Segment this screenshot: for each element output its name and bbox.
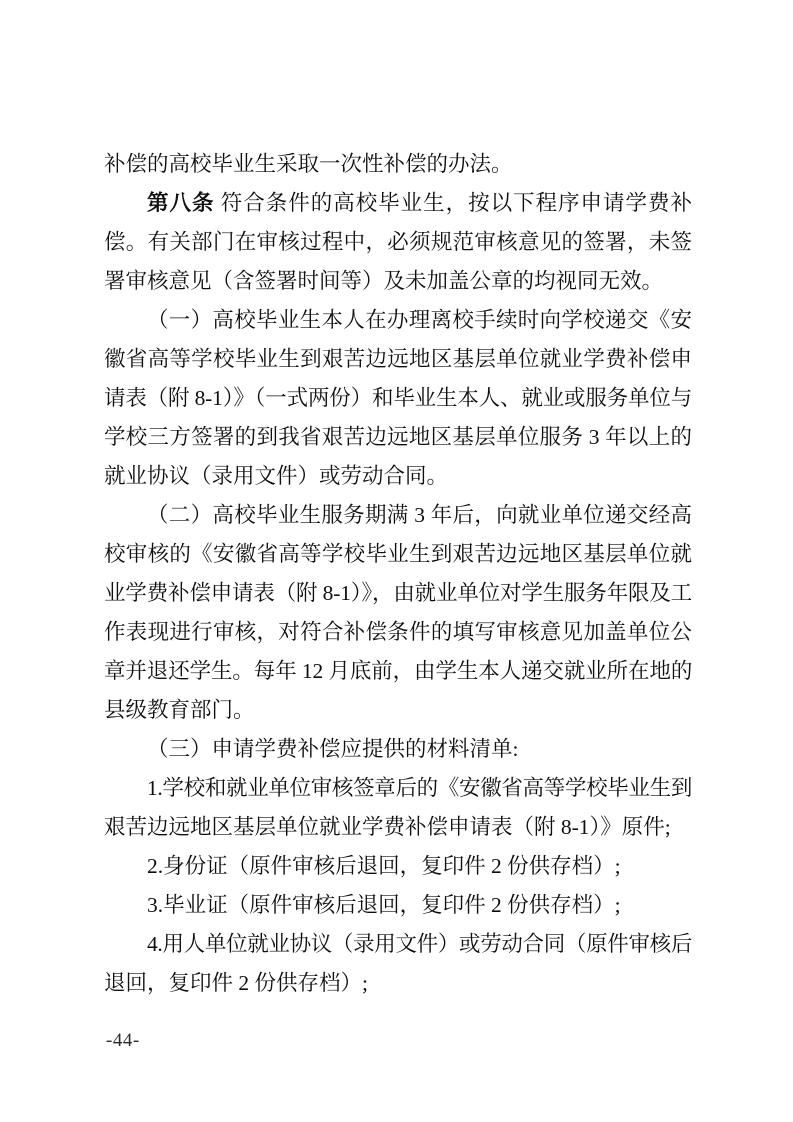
text-line: 偿。有关部门在审核过程中，必须规范审核意见的签署，未签 (104, 223, 692, 262)
text-line: 学校三方签署的到我省艰苦边远地区基层单位服务 3 年以上的 (104, 418, 692, 457)
text-line: 署审核意见（含签署时间等）及未加盖公章的均视同无效。 (104, 262, 692, 301)
text-line: （三）申请学费补偿应提供的材料清单: (104, 730, 692, 769)
document-page: { "page": { "background": "#ffffff", "te… (0, 0, 793, 1122)
text-line: 艰苦边远地区基层单位就业学费补偿申请表（附 8-1）》原件; (104, 808, 692, 847)
text-line: 业学费补偿申请表（附 8-1）》，由就业单位对学生服务年限及工 (104, 574, 692, 613)
page-canvas: 补偿的高校毕业生采取一次性补偿的办法。第八条 符合条件的高校毕业生，按以下程序申… (0, 0, 793, 1122)
text-line: 校审核的《安徽省高等学校毕业生到艰苦边远地区基层单位就 (104, 535, 692, 574)
text-line: 第八条 符合条件的高校毕业生，按以下程序申请学费补 (104, 184, 692, 223)
text-line: 章并退还学生。每年 12 月底前，由学生本人递交就业所在地的 (104, 652, 692, 691)
text-line: 请表（附 8-1）》（一式两份）和毕业生本人、就业或服务单位与 (104, 379, 692, 418)
article-number-bold: 第八条 (147, 191, 214, 215)
text-line: （二）高校毕业生服务期满 3 年后，向就业单位递交经高 (104, 496, 692, 535)
text-line: 4.用人单位就业协议（录用文件）或劳动合同（原件审核后 (104, 925, 692, 964)
text-line: 县级教育部门。 (104, 691, 692, 730)
text-line: 1.学校和就业单位审核签章后的《安徽省高等学校毕业生到 (104, 769, 692, 808)
text-line: 补偿的高校毕业生采取一次性补偿的办法。 (104, 145, 692, 184)
text-line: （一）高校毕业生本人在办理离校手续时向学校递交《安 (104, 301, 692, 340)
text-line: 3.毕业证（原件审核后退回，复印件 2 份供存档）; (104, 886, 692, 925)
text-line: 作表现进行审核，对符合补偿条件的填写审核意见加盖单位公 (104, 613, 692, 652)
text-line: 退回，复印件 2 份供存档）; (104, 964, 692, 1003)
document-text: 补偿的高校毕业生采取一次性补偿的办法。第八条 符合条件的高校毕业生，按以下程序申… (104, 145, 692, 1003)
text-line: 徽省高等学校毕业生到艰苦边远地区基层单位就业学费补偿申 (104, 340, 692, 379)
text-line: 2.身份证（原件审核后退回，复印件 2 份供存档）; (104, 847, 692, 886)
text-line: 就业协议（录用文件）或劳动合同。 (104, 457, 692, 496)
page-number: -44- (106, 1028, 140, 1054)
